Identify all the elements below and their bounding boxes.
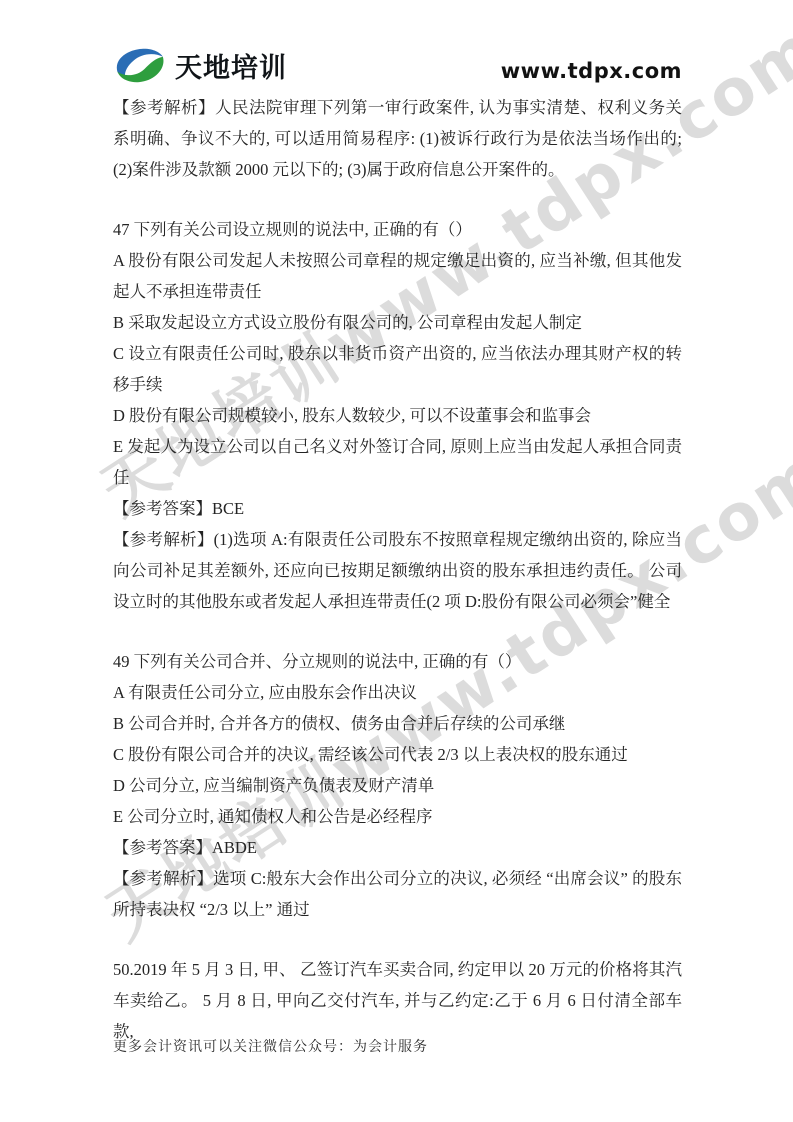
swirl-leaf-icon [113, 46, 169, 85]
q47-option-b: B 采取发起设立方式设立股份有限公司的, 公司章程由发起人制定 [113, 307, 682, 338]
q49-option-d: D 公司分立, 应当编制资产负债表及财产清单 [113, 770, 682, 801]
page-header: 天地培训 www.tdpx.com [113, 46, 682, 85]
footer-note: 更多会计资讯可以关注微信公众号：为会计服务 [113, 1036, 428, 1056]
brand-name: 天地培训 [175, 46, 287, 85]
q47-option-e: E 发起人为设立公司以自己名义对外签订合同, 原则上应当由发起人承担合同责任 [113, 431, 682, 493]
q49-answer: 【参考答案】ABDE [113, 832, 682, 863]
q49-option-a: A 有限责任公司分立, 应由股东会作出决议 [113, 677, 682, 708]
ref-analysis-previous: 【参考解析】人民法院审理下列第一审行政案件, 认为事实清楚、权利义务关系明确、争… [113, 92, 682, 185]
document-page: 天地培训www.tdpx.com 天地培训www.tdpx.com 天地培训 w… [0, 0, 793, 1122]
q47-analysis: 【参考解析】(1)选项 A:有限责任公司股东不按照章程规定缴纳出资的, 除应当向… [113, 524, 682, 617]
q49-analysis: 【参考解析】选项 C:般东大会作出公司分立的决议, 必须经 “出席会议” 的股东… [113, 863, 682, 925]
q50-stem: 50.2019 年 5 月 3 日, 甲、 乙签订汽车买卖合同, 约定甲以 20… [113, 954, 682, 1047]
q47-heading: 47 下列有关公司设立规则的说法中, 正确的有（） [113, 214, 682, 245]
q47-answer: 【参考答案】BCE [113, 493, 682, 524]
q49-option-c: C 股份有限公司合并的决议, 需经该公司代表 2/3 以上表决权的股东通过 [113, 739, 682, 770]
q47-option-a: A 股份有限公司发起人未按照公司章程的规定缴足出资的, 应当补缴, 但其他发起人… [113, 245, 682, 307]
q47-option-d: D 股份有限公司规模较小, 股东人数较少, 可以不设董事会和监事会 [113, 400, 682, 431]
q47-option-c: C 设立有限责任公司时, 股东以非货币资产出资的, 应当依法办理其财产权的转移手… [113, 338, 682, 400]
q49-option-e: E 公司分立时, 通知债权人和公告是必经程序 [113, 801, 682, 832]
q49-option-b: B 公司合并时, 合并各方的债权、债务由合并后存续的公司承继 [113, 708, 682, 739]
website-url: www.tdpx.com [501, 59, 682, 85]
q49-heading: 49 下列有关公司合并、分立规则的说法中, 正确的有（） [113, 646, 682, 677]
document-body: 【参考解析】人民法院审理下列第一审行政案件, 认为事实清楚、权利义务关系明确、争… [113, 92, 682, 1047]
tiandi-logo: 天地培训 [113, 46, 287, 85]
